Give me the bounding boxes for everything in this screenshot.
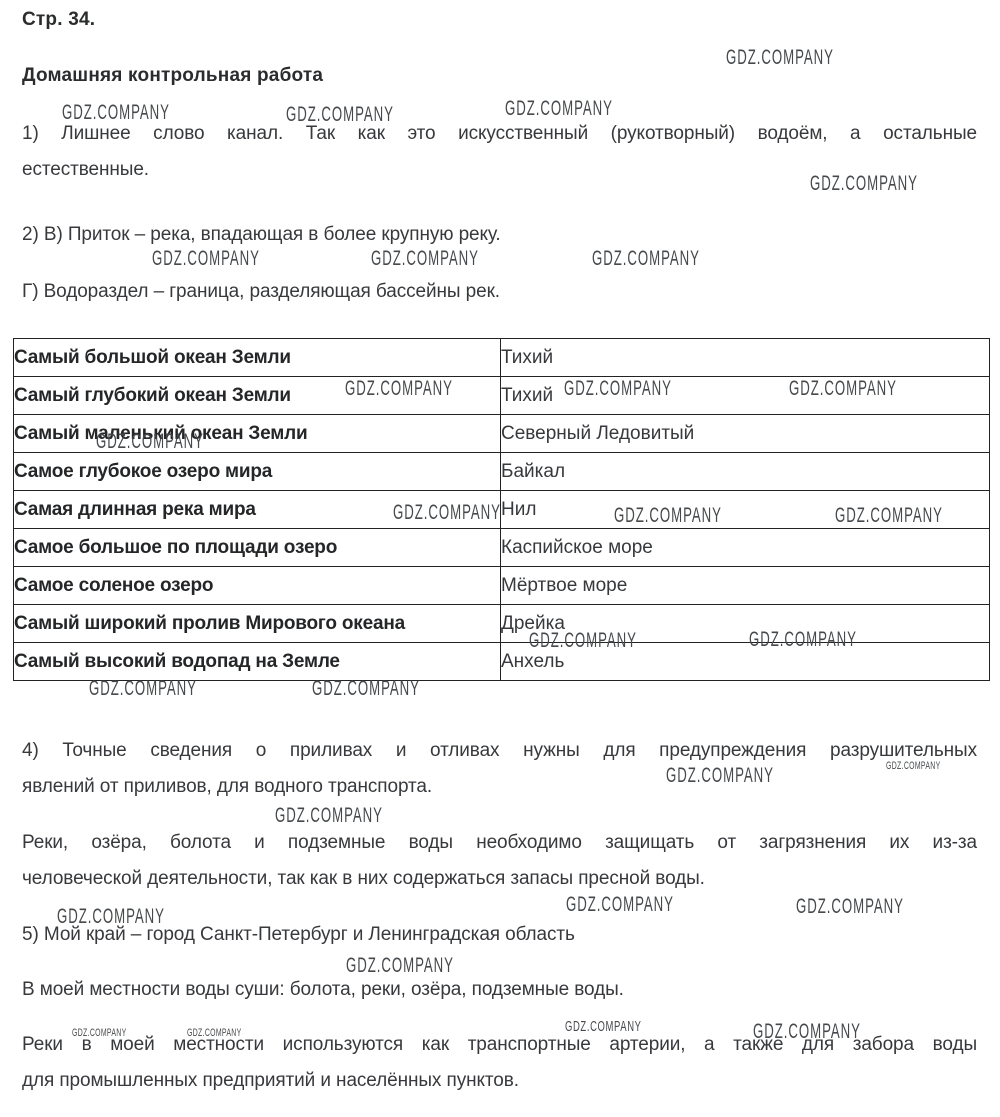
paragraph-line: 4) Точные сведения о приливах и отливах … [22,733,977,769]
record-answer-cell: Дрейка [501,605,990,643]
paragraph-line: естественные. [22,152,977,188]
paragraph-line: Реки в моей местности используются как т… [22,1027,977,1063]
record-answer-cell: Каспийское море [501,529,990,567]
table-row: Самый широкий пролив Мирового океанаДрей… [14,605,990,643]
paragraph-p5: Реки, озёра, болота и подземные воды нео… [22,825,977,897]
record-question-cell: Самый широкий пролив Мирового океана [14,605,501,643]
document-title: Домашняя контрольная работа [22,64,977,88]
paragraph-p4: 4) Точные сведения о приливах и отливах … [22,733,977,805]
paragraph-p3: Г) Водораздел – граница, разделяющая бас… [22,274,977,310]
paragraph-line: для промышленных предприятий и населённы… [22,1063,977,1099]
record-answer-cell: Анхель [501,643,990,681]
paragraph-p2: 2) В) Приток – река, впадающая в более к… [22,217,977,253]
record-answer-cell: Северный Ледовитый [501,415,990,453]
record-answer-cell: Тихий [501,377,990,415]
record-question-cell: Самый маленький океан Земли [14,415,501,453]
table-row: Самое глубокое озеро мираБайкал [14,453,990,491]
record-question-cell: Самая длинная река мира [14,491,501,529]
record-question-cell: Самый большой океан Земли [14,339,501,377]
paragraph-p1: 1) Лишнее слово канал. Так как это искус… [22,116,977,188]
records-table-body: Самый большой океан ЗемлиТихийСамый глуб… [14,339,990,681]
records-table: Самый большой океан ЗемлиТихийСамый глуб… [13,338,990,681]
document-content: Стр. 34. Домашняя контрольная работа 1) … [0,8,1000,1099]
record-question-cell: Самое глубокое озеро мира [14,453,501,491]
record-question-cell: Самое соленое озеро [14,567,501,605]
document-page: Стр. 34. Домашняя контрольная работа 1) … [0,0,1000,1117]
paragraph-p6: 5) Мой край – город Санкт-Петербург и Ле… [22,917,977,953]
record-answer-cell: Мёртвое море [501,567,990,605]
answers-section-bottom: 4) Точные сведения о приливах и отливах … [22,733,977,1099]
table-row: Самый маленький океан ЗемлиСеверный Ледо… [14,415,990,453]
paragraph-line: В моей местности воды суши: болота, реки… [22,972,977,1008]
table-row: Самый высокий водопад на ЗемлеАнхель [14,643,990,681]
record-question-cell: Самый глубокий океан Земли [14,377,501,415]
record-answer-cell: Байкал [501,453,990,491]
paragraph-p7: В моей местности воды суши: болота, реки… [22,972,977,1008]
record-question-cell: Самый высокий водопад на Земле [14,643,501,681]
paragraph-line: явлений от приливов, для водного транспо… [22,769,977,805]
table-row: Самое большое по площади озероКаспийское… [14,529,990,567]
answers-section-top: 1) Лишнее слово канал. Так как это искус… [22,116,977,310]
paragraph-line: человеческой деятельности, так как в них… [22,861,977,897]
record-question-cell: Самое большое по площади озеро [14,529,501,567]
table-row: Самое соленое озероМёртвое море [14,567,990,605]
paragraph-p8: Реки в моей местности используются как т… [22,1027,977,1099]
page-label: Стр. 34. [22,8,977,32]
paragraph-line: Г) Водораздел – граница, разделяющая бас… [22,274,977,310]
paragraph-line: 5) Мой край – город Санкт-Петербург и Ле… [22,917,977,953]
table-row: Самый большой океан ЗемлиТихий [14,339,990,377]
table-row: Самая длинная река мираНил [14,491,990,529]
record-answer-cell: Тихий [501,339,990,377]
paragraph-line: Реки, озёра, болота и подземные воды нео… [22,825,977,861]
paragraph-line: 1) Лишнее слово канал. Так как это искус… [22,116,977,152]
table-row: Самый глубокий океан ЗемлиТихий [14,377,990,415]
paragraph-line: 2) В) Приток – река, впадающая в более к… [22,217,977,253]
record-answer-cell: Нил [501,491,990,529]
